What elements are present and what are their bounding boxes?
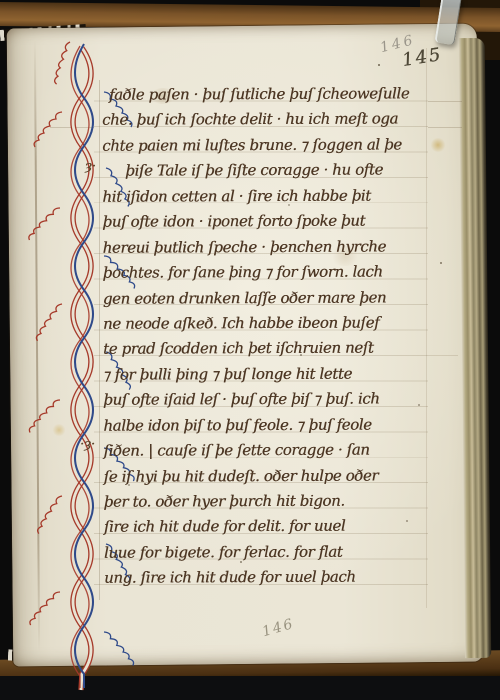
text-line: ſe iſ hyi þu hit dudeſt. oðer hulpe oðer <box>104 463 434 490</box>
text-line: ⁊ for þulli þing ⁊ þuſ longe hit lette <box>103 361 433 388</box>
text-line: þochtes. for ſane þing ⁊ for ſworn. lach <box>103 259 433 286</box>
ruling-line <box>428 101 462 102</box>
text-line: ſiðen. | cauſe iſ þe ſette coragge · ſan <box>103 437 433 464</box>
text-line: gen eoten drunken laſſe oðer mare þen <box>103 285 433 312</box>
margin-paraph-mark: ·ȝ· <box>80 437 95 452</box>
parchment-stain <box>430 138 446 152</box>
text-line: þiſe Tale iſ þe ſiſte coragge · hu ofte <box>102 158 432 185</box>
text-line: ne neode aſkeð. Ich habbe ibeon þuſef <box>103 310 433 337</box>
text-line: chte paien mi luſtes brune. ⁊ ſoggen al … <box>102 132 432 159</box>
text-line: te prad ſcodden ich þet iſchruien neſt <box>103 336 433 363</box>
text-line: hit iſidon cetten al · ſire ich habbe þi… <box>102 183 432 210</box>
text-line: þuſ ofte iſaid leſ · þuſ ofte þiſ ⁊ þuſ.… <box>103 387 433 414</box>
manuscript-text-block: faðle paſen · þuſ ſutliche þuſ ſcheoweſu… <box>102 81 434 591</box>
text-line: þer to. oðer hyer þurch hit bigon. <box>104 488 434 515</box>
parchment-speckles <box>378 64 380 66</box>
text-line: hereui þutlich ſpeche · þenchen hyrche <box>103 234 433 261</box>
text-line: ſire ich hit dude for delit. for uuel <box>104 514 434 541</box>
text-line: luue for bigete. for ferlac. for flat <box>104 539 434 566</box>
text-line: halbe idon þiſ to þuſ feole. ⁊ þuſ feole <box>103 412 433 439</box>
text-line: che. þuſ ich ſochte delit · hu ich meſt … <box>102 107 432 134</box>
ruling-line <box>428 127 462 128</box>
fore-edge-page-stack <box>459 38 491 658</box>
text-line: ung. ſire ich hit dude for uuel þach <box>104 565 434 592</box>
text-line: faðle paſen · þuſ ſutliche þuſ ſcheoweſu… <box>102 81 432 108</box>
margin-paraph-mark: ȝ· <box>85 159 96 174</box>
text-line: þuſ ofte idon · iponet forto ſpoke þut <box>102 208 432 235</box>
